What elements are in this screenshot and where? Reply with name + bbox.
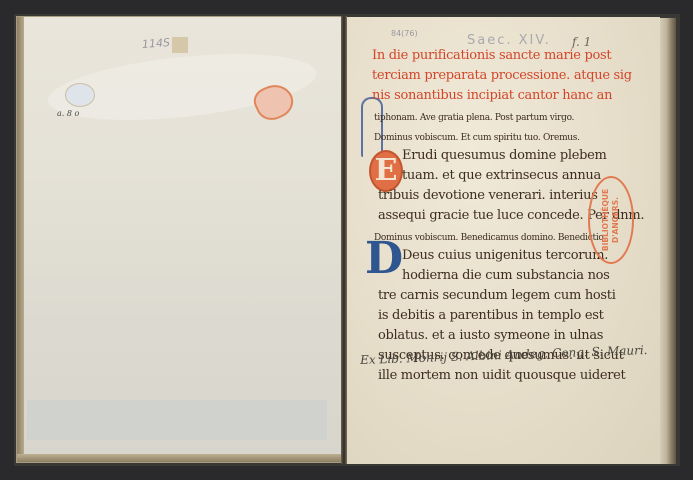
text-line: tre carnis secundum legem cum hosti xyxy=(378,289,616,303)
text-line: Erudi quesumus domine plebem xyxy=(402,149,607,163)
century-note: Saec. XIV. xyxy=(467,33,551,48)
left-shelfmark: 114S xyxy=(142,36,171,51)
library-stamp: BIBLIOTHÈQUE D'ANGERS. xyxy=(588,176,634,264)
text-line: nis sonantibus incipiat cantor hanc an xyxy=(372,89,612,103)
illuminated-initial-e: E xyxy=(369,150,403,192)
stamp-line-1: BIBLIOTHÈQUE xyxy=(601,189,611,251)
left-pastedown-page: 114S a. 8 o xyxy=(16,16,342,463)
text-line: Dominus vobiscum. Benedicamus domino. Be… xyxy=(374,231,604,245)
manuscript-scan: 114S a. 8 o 84(76) Saec. XIV. f. 1 E D I… xyxy=(0,0,693,480)
text-line: terciam preparata processione. atque sig xyxy=(372,69,632,83)
text-line: hodierna die cum substancia nos xyxy=(402,269,610,283)
text-line: Deus cuius unigenitus tercorum. xyxy=(402,249,608,263)
text-line: oblatus. et a iusto symeone in ulnas xyxy=(378,329,603,343)
flourished-initial-blue xyxy=(361,97,383,157)
text-line: Dominus vobiscum. Et cum spiritu tuo. Or… xyxy=(374,131,580,145)
tape-patch xyxy=(172,37,188,53)
page-edges-stack xyxy=(660,18,676,464)
stamp-line-2: D'ANGERS. xyxy=(611,189,621,251)
text-line: tuam. et que extrinsecus annua xyxy=(402,169,601,183)
text-line: tribuis devotione venerari. interius xyxy=(378,189,598,203)
text-line: is debitis a parentibus in templo est xyxy=(378,309,604,323)
folio-number: f. 1 xyxy=(572,35,591,49)
white-wax-seal-remnant xyxy=(65,83,95,107)
text-line: ille mortem non uidit quousque uideret xyxy=(378,369,625,383)
left-marginal-note: a. 8 o xyxy=(57,109,79,118)
binding-edge-bottom xyxy=(17,454,341,462)
repair-strip xyxy=(27,400,327,440)
text-line: In die purificationis sancte marie post xyxy=(372,49,611,63)
text-line: tiphonam. Ave gratia plena. Post partum … xyxy=(374,111,574,125)
binding-edge-left xyxy=(17,17,24,462)
pencil-shelfmark: 84(76) xyxy=(391,29,418,38)
